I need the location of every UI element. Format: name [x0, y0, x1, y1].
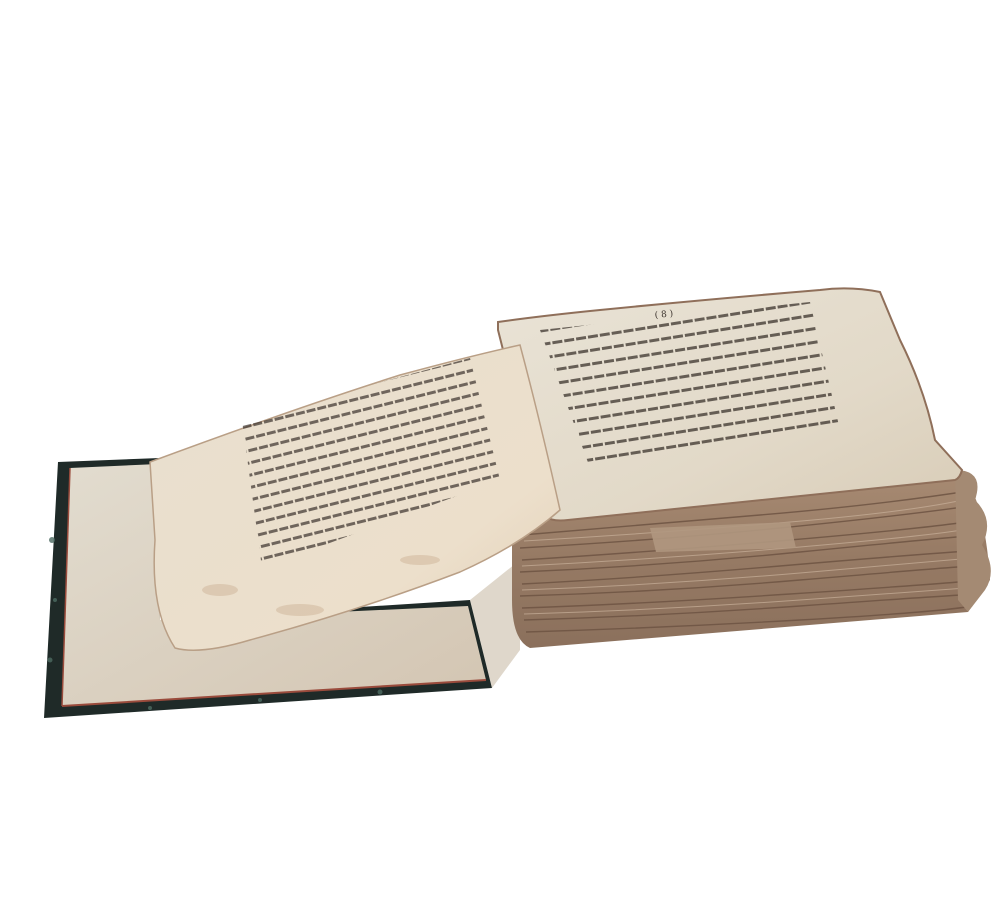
page-number: ( 8 ) [654, 308, 674, 321]
right-page: ( 8 ) [498, 288, 962, 520]
book-illustration: ( 8 ) [0, 0, 1000, 900]
book-photograph: Photograph of a worn antique French book… [0, 0, 1000, 900]
